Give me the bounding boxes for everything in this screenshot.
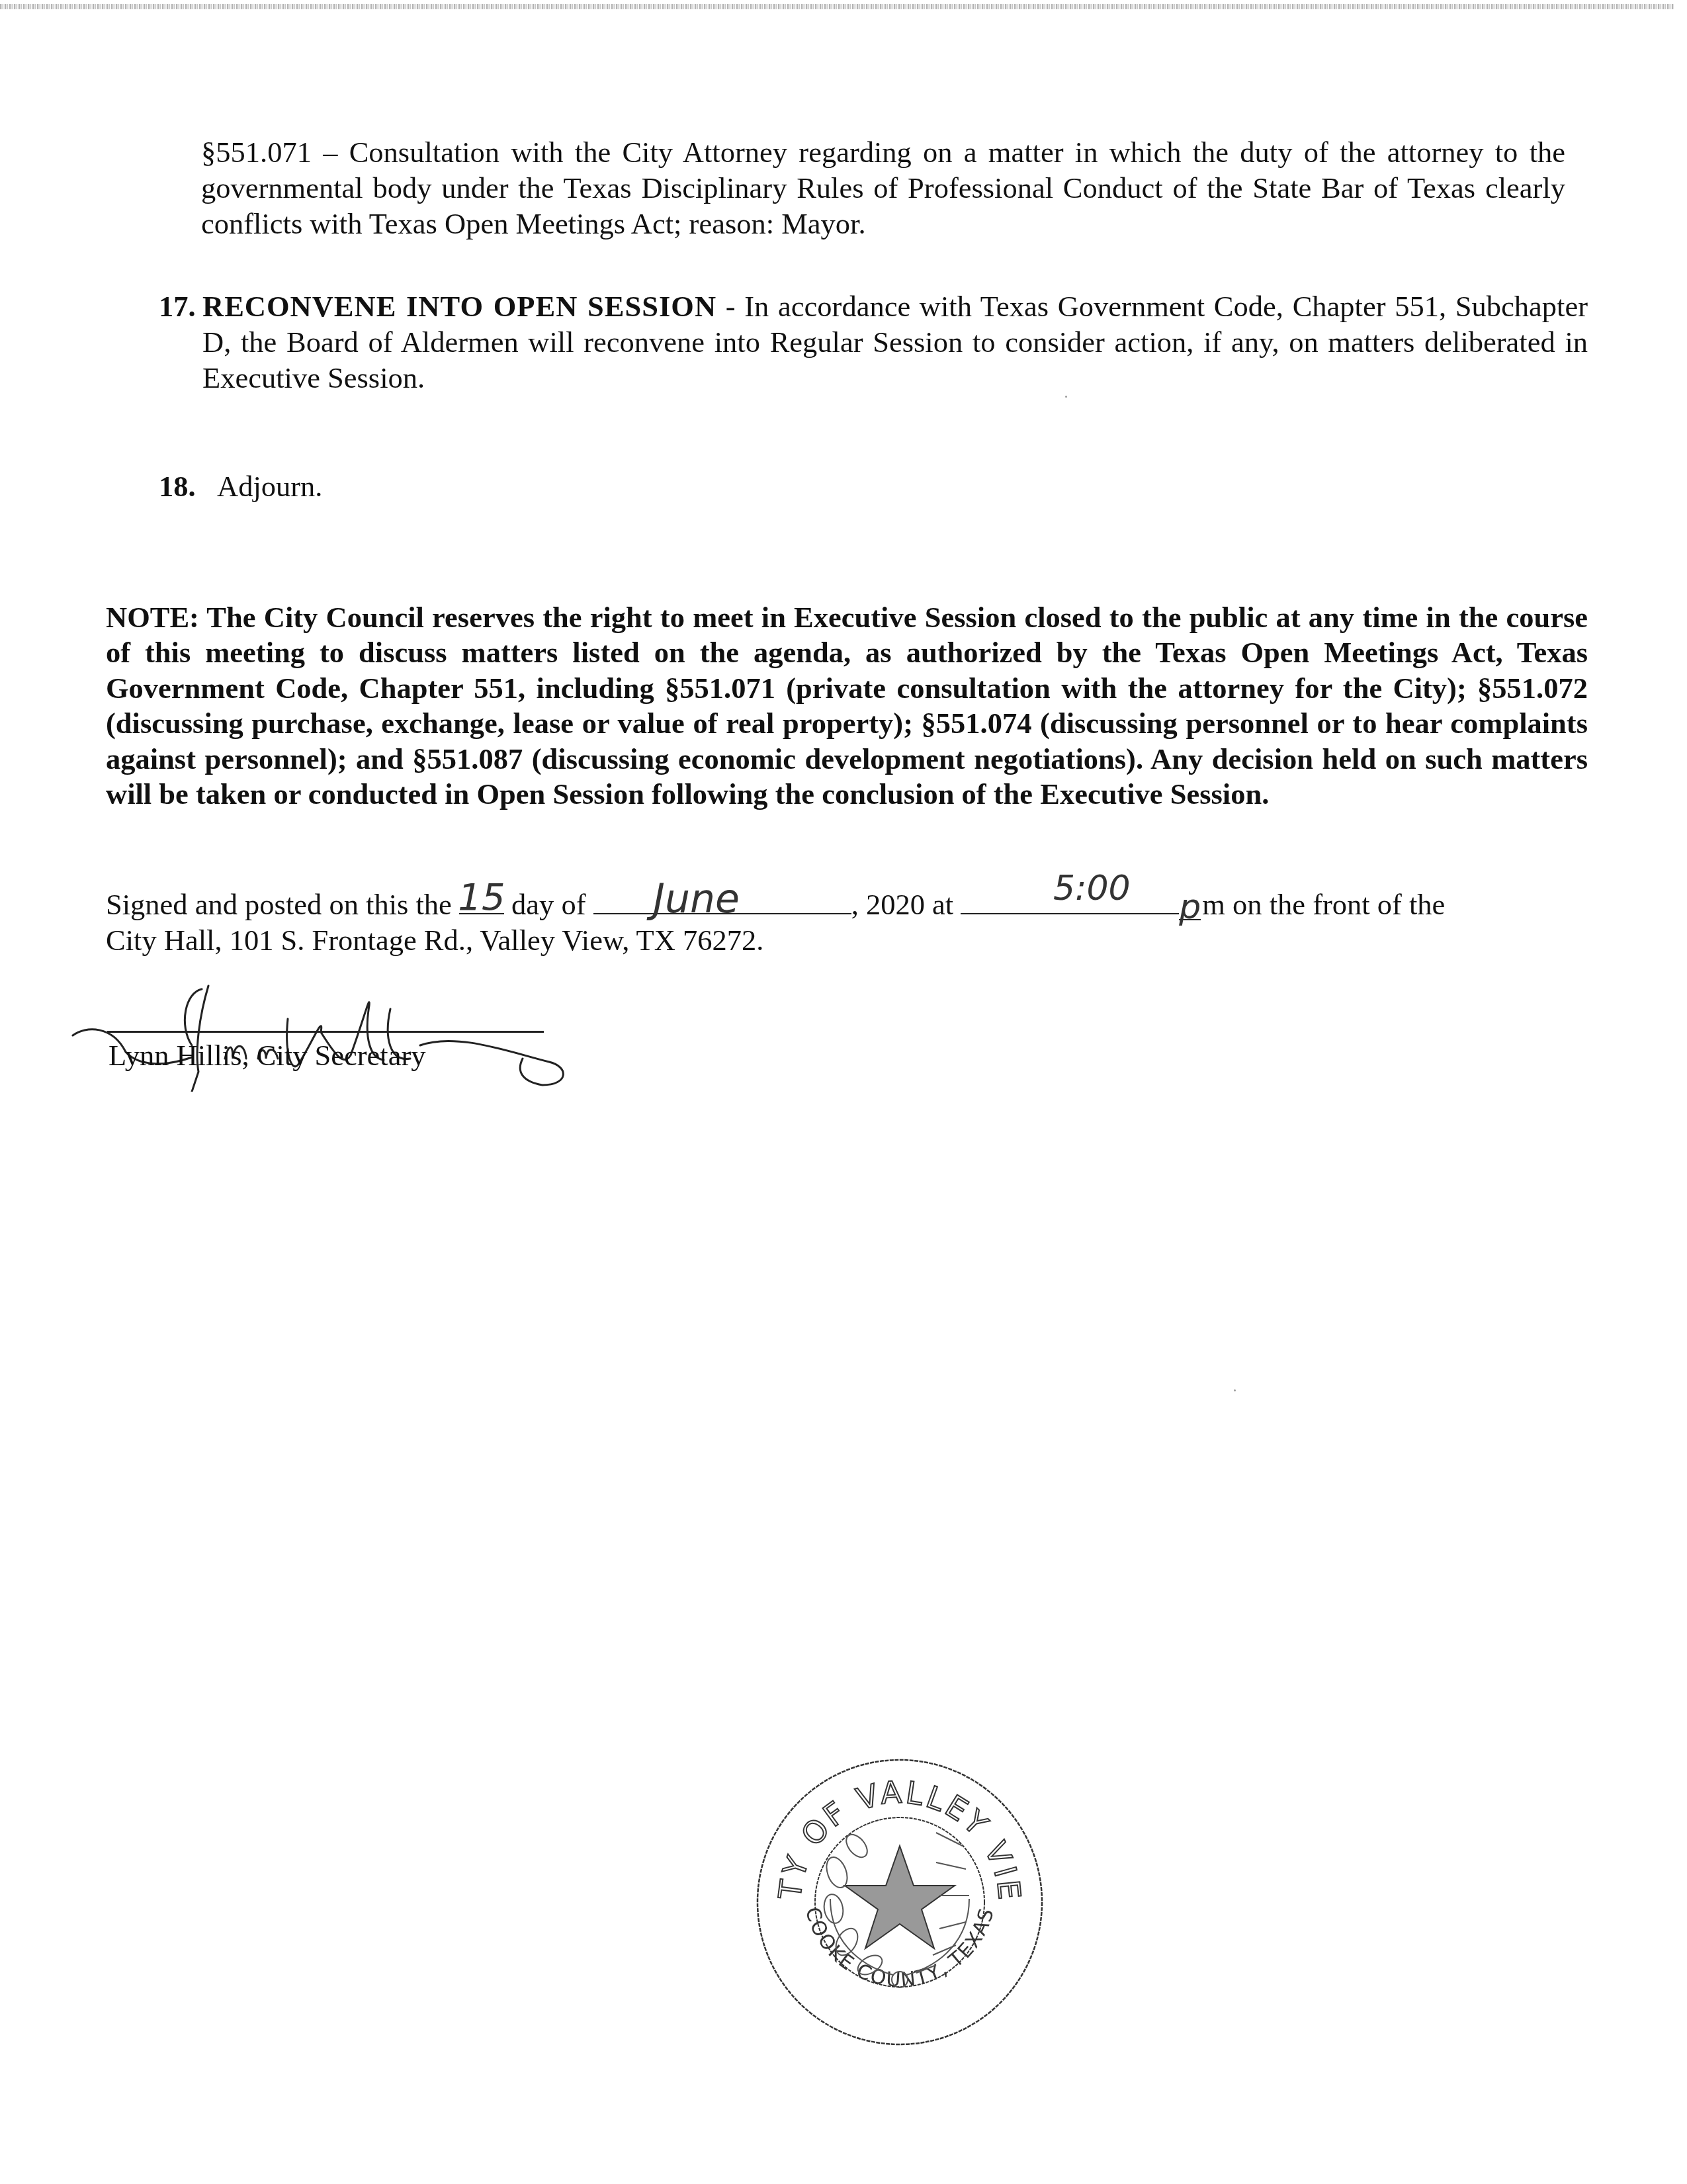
signature-block: Lynn Hillis, City Secretary (60, 953, 589, 1085)
signer-printed-name: Lynn Hillis, City Secretary (108, 1037, 426, 1073)
month-field: June (593, 887, 851, 914)
item-number: 17. (159, 288, 196, 324)
item-heading: RECONVENE INTO OPEN SESSION (202, 290, 716, 323)
item-separator: - (716, 290, 744, 323)
signature-line (107, 1031, 544, 1033)
agenda-item-17: 17. RECONVENE INTO OPEN SESSION - In acc… (159, 288, 1588, 396)
item-body: RECONVENE INTO OPEN SESSION - In accorda… (202, 288, 1588, 396)
time-handwritten: 5:00 (1053, 871, 1131, 906)
svg-text:CITY OF VALLEY VIEW: CITY OF VALLEY VIEW (744, 1747, 1028, 1903)
city-seal: CITY OF VALLEY VIEW COOKE COUNTY, TEXAS (744, 1747, 1055, 2058)
scan-edge-artifact (0, 4, 1674, 9)
scan-speck (1234, 1389, 1236, 1391)
posting-suffix: m on the front of the (1202, 888, 1445, 921)
ampm-handwritten: p (1179, 895, 1201, 920)
agenda-item-18: 18.Adjourn. (159, 468, 322, 504)
executive-session-note: NOTE: The City Council reserves the righ… (106, 600, 1588, 812)
seal-top-text: CITY OF VALLEY VIEW (744, 1747, 1028, 1903)
year-text: , 2020 at (851, 888, 954, 921)
section-551-071-paragraph: §551.071 – Consultation with the City At… (201, 134, 1565, 241)
month-handwritten: June (653, 881, 740, 917)
time-field: 5:00 (961, 887, 1179, 914)
item-number: 18. (159, 468, 217, 504)
scan-speck (1065, 396, 1067, 398)
item-text: Adjourn. (217, 470, 322, 503)
